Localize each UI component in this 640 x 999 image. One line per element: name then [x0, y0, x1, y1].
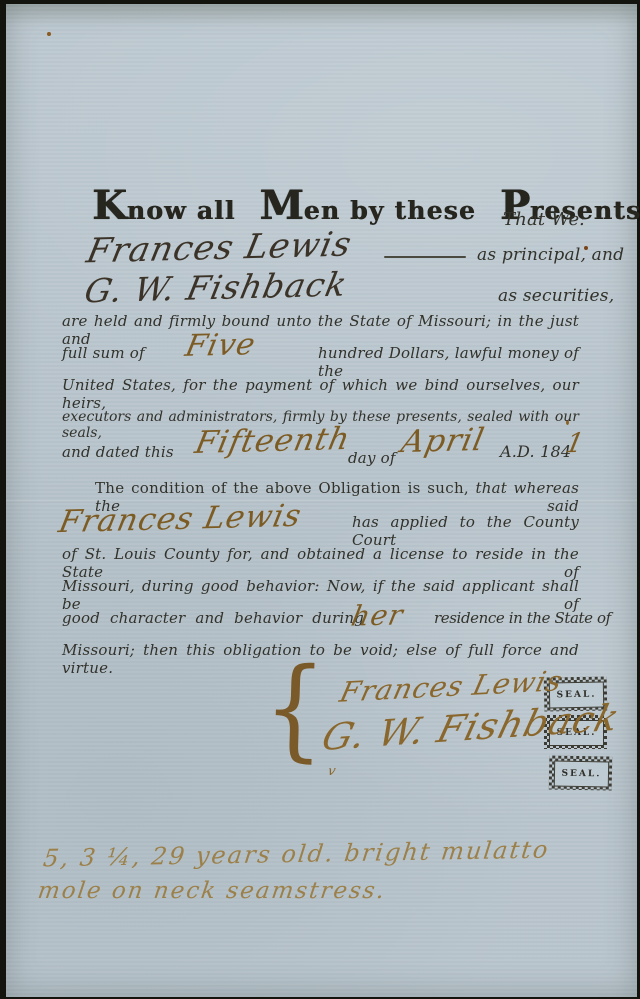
date-month-handwritten: April — [398, 422, 488, 460]
filler-dash — [384, 256, 466, 258]
principal-name-handwritten: Frances Lewis — [83, 225, 355, 272]
date-year-printed: A.D. 184 — [500, 442, 571, 461]
bond-line-1: are held and firmly bound unto the State… — [62, 312, 579, 348]
header-initial-m: M — [259, 182, 303, 229]
pronoun-handwritten: her — [348, 598, 406, 632]
security-role-label: as securities, — [498, 286, 614, 306]
sum-prefix: full sum of — [62, 344, 145, 362]
header-word-k: now all — [127, 196, 236, 225]
behavior-prefix: good character and behavior during — [62, 609, 364, 627]
condition-applied: has applied to the County Court — [352, 513, 579, 549]
behavior-suffix: residence in the State of — [434, 609, 611, 627]
date-mid: day of — [348, 449, 396, 467]
that-we-label: That We: — [503, 209, 586, 230]
condition-intro-roman: The condition of the above Obligation is… — [95, 479, 469, 497]
sum-suffix: hundred Dollars, lawful money of the — [318, 344, 579, 380]
annotation-line-2: mole on neck seamstress. — [36, 878, 388, 904]
security-name-handwritten: G. W. Fishback — [81, 265, 351, 311]
date-day-handwritten: Fifteenth — [192, 421, 354, 461]
signature-brace: { — [262, 652, 326, 765]
ink-tick: v — [326, 764, 337, 779]
bond-line-3: United States, for the payment of which … — [62, 376, 579, 412]
security-signature: G. W. Fishback — [318, 696, 625, 759]
date-year-handwritten: 1 — [563, 428, 588, 459]
sum-amount-handwritten: Five — [182, 327, 259, 364]
date-prefix: and dated this — [62, 443, 174, 461]
seal-label: SEAL. — [561, 769, 601, 780]
stain-speck — [47, 32, 51, 36]
condition-line-3: of St. Louis County for, and obtained a … — [62, 545, 579, 581]
seal-stamp-3: SEAL. — [549, 755, 613, 790]
principal-role-label: as principal, and — [477, 245, 624, 265]
annotation-line-1: 5, 3 ¼, 29 years old. bright mulatto — [42, 836, 551, 873]
header-initial-k: K — [92, 182, 127, 229]
condition-line-4: Missouri, during good behavior: Now, if … — [62, 577, 579, 613]
freedom-bond-document: Know all Men by these Presents, That We:… — [0, 0, 640, 999]
applicant-name-handwritten: Frances Lewis — [56, 498, 305, 540]
header-word-m: en by these — [304, 196, 476, 225]
